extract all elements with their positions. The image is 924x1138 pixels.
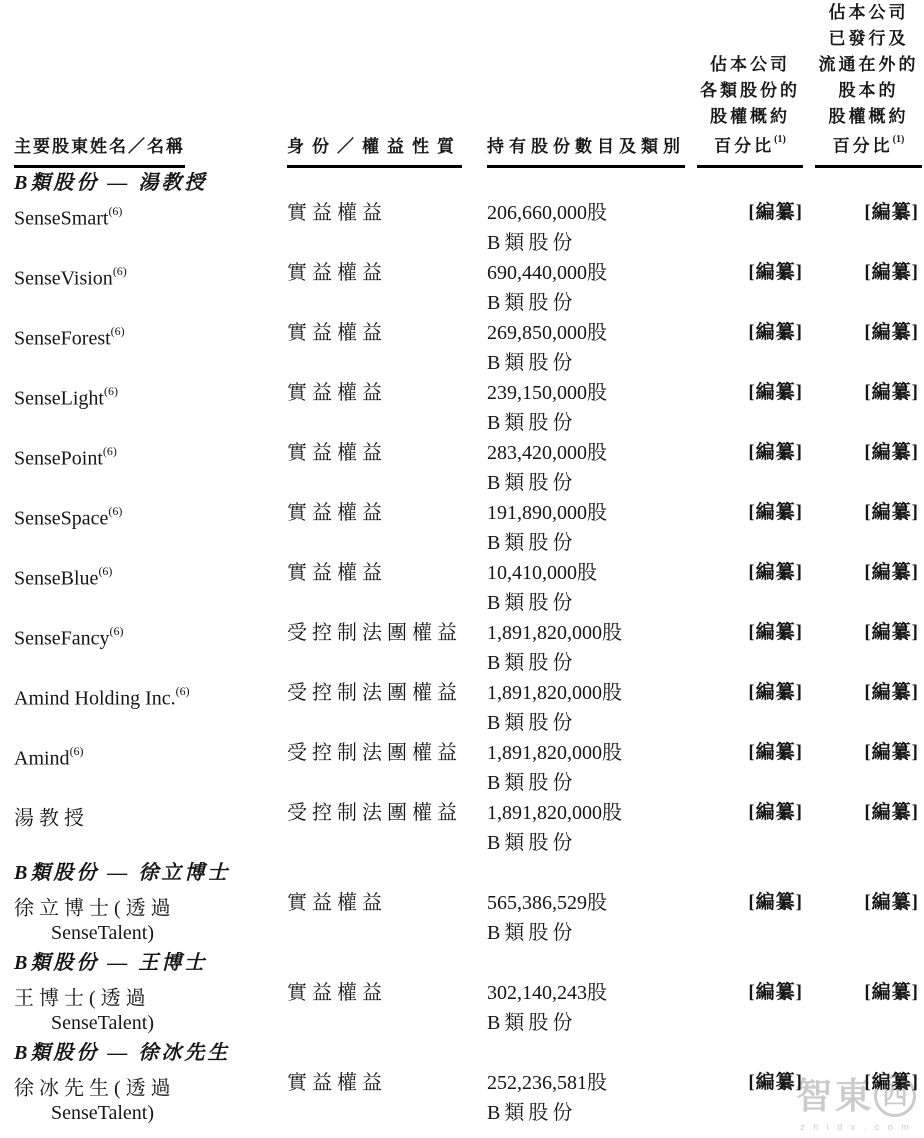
- pct-class-cell: [編纂]: [697, 198, 803, 258]
- footnote-ref: (6): [176, 684, 190, 698]
- redacted-pct-class: [編纂]: [697, 378, 803, 408]
- pct-total-cell: [編纂]: [803, 498, 922, 558]
- pct-class-cell: [編纂]: [697, 558, 803, 618]
- pct-class-cell: [編纂]: [697, 888, 803, 948]
- shares-cell: 1,891,820,000股 B類股份: [487, 738, 697, 798]
- header-line: 佔本公司: [697, 52, 803, 78]
- header-line: 股權概約: [697, 104, 803, 130]
- identity-cell: 實益權益: [287, 318, 487, 378]
- header-line: 流通在外的: [815, 52, 922, 78]
- shareholder-name-line2: SenseTalent): [14, 1008, 287, 1038]
- identity-text: 實益權益: [287, 198, 487, 228]
- shareholder-name: SenseFancy: [14, 628, 110, 650]
- redacted-pct-class: [編纂]: [697, 498, 803, 528]
- header-line: 股本的: [815, 78, 922, 104]
- footnote-ref: (6): [108, 504, 122, 518]
- col-header-pct-total-cell: 佔本公司 已發行及 流通在外的 股本的 股權概約 百分比(1): [803, 0, 922, 168]
- share-class: B類股份: [487, 828, 697, 858]
- pct-total-cell: [編纂]: [803, 318, 922, 378]
- footnote-ref: (1): [774, 134, 786, 145]
- shareholder-name-line: SenseForest(6): [14, 318, 287, 348]
- redacted-pct-total: [編纂]: [803, 318, 922, 348]
- shareholder-name-cell: SenseSpace(6): [14, 498, 287, 558]
- shareholder-name-cell: Amind Holding Inc.(6): [14, 678, 287, 738]
- shareholder-name-cell: SensePoint(6): [14, 438, 287, 498]
- redacted-pct-total: [編纂]: [803, 978, 922, 1008]
- redacted-pct-total: [編纂]: [803, 678, 922, 708]
- col-header-shares-cell: 持有股份數目及類別: [487, 134, 697, 168]
- identity-cell: 受控制法團權益: [287, 798, 487, 858]
- share-class: B類股份: [487, 768, 697, 798]
- table-row: SensePoint(6) 實益權益 283,420,000股 B類股份 [編纂…: [14, 438, 922, 498]
- section-label: B類股份 — 徐冰先生: [14, 1042, 230, 1064]
- col-header-identity-cell: 身份／權益性質: [287, 134, 487, 168]
- table-row: SenseBlue(6) 實益權益 10,410,000股 B類股份 [編纂] …: [14, 558, 922, 618]
- share-class: B類股份: [487, 708, 697, 738]
- header-line: 已發行及: [815, 26, 922, 52]
- shareholder-name: 湯教授: [14, 808, 89, 830]
- redacted-pct-class: [編纂]: [697, 618, 803, 648]
- pct-class-cell: [編纂]: [697, 978, 803, 1038]
- shares-cell: 283,420,000股 B類股份: [487, 438, 697, 498]
- pct-total-cell: [編纂]: [803, 438, 922, 498]
- shares-count: 1,891,820,000股: [487, 738, 697, 768]
- header-line-text: 百分比: [833, 137, 893, 156]
- identity-text: 實益權益: [287, 978, 487, 1008]
- redacted-pct-class: [編纂]: [697, 978, 803, 1008]
- section-header: B類股份 — 湯教授: [14, 168, 922, 198]
- pct-class-cell: [編纂]: [697, 678, 803, 738]
- identity-text: 實益權益: [287, 1068, 487, 1098]
- redacted-pct-total: [編纂]: [803, 378, 922, 408]
- pct-class-cell: [編纂]: [697, 438, 803, 498]
- pct-class-cell: [編纂]: [697, 318, 803, 378]
- share-class: B類股份: [487, 408, 697, 438]
- section-header: B類股份 — 徐冰先生: [14, 1038, 922, 1068]
- pct-class-cell: [編纂]: [697, 498, 803, 558]
- identity-text: 實益權益: [287, 888, 487, 918]
- pct-total-cell: [編纂]: [803, 798, 922, 858]
- shares-cell: 191,890,000股 B類股份: [487, 498, 697, 558]
- shares-cell: 206,660,000股 B類股份: [487, 198, 697, 258]
- identity-cell: 實益權益: [287, 888, 487, 948]
- identity-cell: 實益權益: [287, 258, 487, 318]
- identity-cell: 實益權益: [287, 198, 487, 258]
- shareholder-name: 徐立博士(透過: [14, 898, 176, 920]
- shares-count: 239,150,000股: [487, 378, 697, 408]
- shares-count: 302,140,243股: [487, 978, 697, 1008]
- table-row: SenseLight(6) 實益權益 239,150,000股 B類股份 [編纂…: [14, 378, 922, 438]
- redacted-pct-total: [編纂]: [803, 618, 922, 648]
- pct-total-cell: [編纂]: [803, 888, 922, 948]
- shares-cell: 1,891,820,000股 B類股份: [487, 678, 697, 738]
- pct-total-cell: [編纂]: [803, 558, 922, 618]
- shareholder-name: SenseLight: [14, 388, 104, 410]
- shareholder-name: 徐冰先生(透過: [14, 1078, 176, 1100]
- identity-cell: 受控制法團權益: [287, 618, 487, 678]
- shares-count: 690,440,000股: [487, 258, 697, 288]
- share-class: B類股份: [487, 918, 697, 948]
- footnote-ref: (6): [98, 564, 112, 578]
- shareholder-name-cell: 徐冰先生(透過 SenseTalent): [14, 1068, 287, 1128]
- redacted-pct-total: [編纂]: [803, 498, 922, 528]
- table-row: SenseForest(6) 實益權益 269,850,000股 B類股份 [編…: [14, 318, 922, 378]
- pct-total-cell: [編纂]: [803, 378, 922, 438]
- redacted-pct-total: [編纂]: [803, 198, 922, 228]
- redacted-pct-class: [編纂]: [697, 798, 803, 828]
- shareholder-name-cell: SenseSmart(6): [14, 198, 287, 258]
- shareholder-name-line2: SenseTalent): [14, 1098, 287, 1128]
- pct-class-cell: [編纂]: [697, 618, 803, 678]
- shares-cell: 239,150,000股 B類股份: [487, 378, 697, 438]
- section-header: B類股份 — 王博士: [14, 948, 922, 978]
- col-header-pct-class-cell: 佔本公司 各類股份的 股權概約 百分比(1): [697, 52, 803, 168]
- shareholder-name: SenseSmart: [14, 208, 108, 230]
- redacted-pct-class: [編纂]: [697, 1068, 803, 1098]
- redacted-pct-class: [編纂]: [697, 678, 803, 708]
- shareholder-name-line: SenseBlue(6): [14, 558, 287, 588]
- shares-cell: 269,850,000股 B類股份: [487, 318, 697, 378]
- shareholder-name-line: SenseSpace(6): [14, 498, 287, 528]
- redacted-pct-class: [編纂]: [697, 558, 803, 588]
- redacted-pct-class: [編纂]: [697, 318, 803, 348]
- redacted-pct-total: [編纂]: [803, 438, 922, 468]
- table-row: 湯教授 受控制法團權益 1,891,820,000股 B類股份 [編纂] [編纂…: [14, 798, 922, 858]
- shareholder-name-cell: 徐立博士(透過 SenseTalent): [14, 888, 287, 948]
- table-body: B類股份 — 湯教授 SenseSmart(6) 實益權益 206,660,00…: [14, 168, 922, 1128]
- col-header-pct-class: 佔本公司 各類股份的 股權概約 百分比(1): [697, 52, 803, 168]
- identity-cell: 實益權益: [287, 978, 487, 1038]
- footnote-ref: (6): [70, 744, 84, 758]
- footnote-ref: (6): [113, 264, 127, 278]
- identity-cell: 受控制法團權益: [287, 738, 487, 798]
- identity-text: 實益權益: [287, 558, 487, 588]
- shareholder-name-cell: 王博士(透過 SenseTalent): [14, 978, 287, 1038]
- shareholder-name-cell: SenseVision(6): [14, 258, 287, 318]
- identity-cell: 受控制法團權益: [287, 678, 487, 738]
- shareholder-name-line: 徐立博士(透過: [14, 888, 287, 918]
- footnote-ref: (6): [104, 384, 118, 398]
- shares-count: 252,236,581股: [487, 1068, 697, 1098]
- shareholder-name-cell: Amind(6): [14, 738, 287, 798]
- shares-count: 283,420,000股: [487, 438, 697, 468]
- table-row: 王博士(透過 SenseTalent) 實益權益 302,140,243股 B類…: [14, 978, 922, 1038]
- shares-cell: 690,440,000股 B類股份: [487, 258, 697, 318]
- shareholder-name-line: Amind Holding Inc.(6): [14, 678, 287, 708]
- section-label: B類股份 — 徐立博士: [14, 862, 230, 884]
- pct-total-cell: [編纂]: [803, 618, 922, 678]
- col-header-identity: 身份／權益性質: [287, 134, 462, 168]
- identity-text: 受控制法團權益: [287, 618, 487, 648]
- shares-count: 191,890,000股: [487, 498, 697, 528]
- redacted-pct-total: [編纂]: [803, 558, 922, 588]
- col-header-shareholder: 主要股東姓名／名稱: [14, 134, 185, 168]
- shares-cell: 565,386,529股 B類股份: [487, 888, 697, 948]
- identity-text: 實益權益: [287, 378, 487, 408]
- table-row: SenseSpace(6) 實益權益 191,890,000股 B類股份 [編纂…: [14, 498, 922, 558]
- identity-text: 實益權益: [287, 318, 487, 348]
- shares-cell: 1,891,820,000股 B類股份: [487, 798, 697, 858]
- redacted-pct-class: [編纂]: [697, 258, 803, 288]
- pct-class-cell: [編纂]: [697, 378, 803, 438]
- redacted-pct-total: [編纂]: [803, 888, 922, 918]
- identity-cell: 實益權益: [287, 558, 487, 618]
- share-class: B類股份: [487, 288, 697, 318]
- table-row: SenseFancy(6) 受控制法團權益 1,891,820,000股 B類股…: [14, 618, 922, 678]
- pct-class-cell: [編纂]: [697, 1068, 803, 1128]
- share-class: B類股份: [487, 588, 697, 618]
- table-row: Amind Holding Inc.(6) 受控制法團權益 1,891,820,…: [14, 678, 922, 738]
- shareholder-name-line: 王博士(透過: [14, 978, 287, 1008]
- col-header-shares: 持有股份數目及類別: [487, 134, 685, 168]
- table-header: 主要股東姓名／名稱 身份／權益性質 持有股份數目及類別 佔本公司 各類股份的 股…: [14, 0, 922, 168]
- section-label: B類股份 — 湯教授: [14, 172, 207, 194]
- redacted-pct-class: [編纂]: [697, 198, 803, 228]
- share-class: B類股份: [487, 468, 697, 498]
- shares-count: 1,891,820,000股: [487, 678, 697, 708]
- shares-count: 1,891,820,000股: [487, 798, 697, 828]
- shareholder-name-cell: SenseFancy(6): [14, 618, 287, 678]
- shares-count: 206,660,000股: [487, 198, 697, 228]
- identity-text: 實益權益: [287, 258, 487, 288]
- shareholder-name-line: SensePoint(6): [14, 438, 287, 468]
- footnote-ref: (6): [103, 444, 117, 458]
- pct-total-cell: [編纂]: [803, 1068, 922, 1128]
- section-header: B類股份 — 徐立博士: [14, 858, 922, 888]
- shareholder-name-line: SenseFancy(6): [14, 618, 287, 648]
- shareholder-name: SensePoint: [14, 448, 103, 470]
- identity-text: 受控制法團權益: [287, 738, 487, 768]
- shareholder-name-line2: SenseTalent): [14, 918, 287, 948]
- header-line: 股權概約: [815, 104, 922, 130]
- table-row: 徐立博士(透過 SenseTalent) 實益權益 565,386,529股 B…: [14, 888, 922, 948]
- header-line: 各類股份的: [697, 78, 803, 104]
- prospectus-page: 主要股東姓名／名稱 身份／權益性質 持有股份數目及類別 佔本公司 各類股份的 股…: [0, 0, 924, 1138]
- share-class: B類股份: [487, 228, 697, 258]
- table-row: SenseSmart(6) 實益權益 206,660,000股 B類股份 [編纂…: [14, 198, 922, 258]
- footnote-ref: (6): [110, 624, 124, 638]
- pct-total-cell: [編纂]: [803, 978, 922, 1038]
- shareholder-name-line: 湯教授: [14, 798, 287, 828]
- shareholder-name-line: 徐冰先生(透過: [14, 1068, 287, 1098]
- pct-total-cell: [編纂]: [803, 738, 922, 798]
- footnote-ref: (6): [108, 204, 122, 218]
- shareholder-name: SenseForest: [14, 328, 111, 350]
- pct-total-cell: [編纂]: [803, 678, 922, 738]
- share-class: B類股份: [487, 528, 697, 558]
- shareholder-name-line: Amind(6): [14, 738, 287, 768]
- footnote-ref: (6): [111, 324, 125, 338]
- shareholder-name: SenseBlue: [14, 568, 98, 590]
- header-line: 百分比(1): [697, 130, 803, 160]
- identity-text: 實益權益: [287, 438, 487, 468]
- footnote-ref: (1): [893, 134, 905, 145]
- identity-cell: 實益權益: [287, 498, 487, 558]
- header-line: 佔本公司: [815, 0, 922, 26]
- pct-class-cell: [編纂]: [697, 798, 803, 858]
- redacted-pct-class: [編纂]: [697, 738, 803, 768]
- redacted-pct-total: [編纂]: [803, 258, 922, 288]
- shares-count: 565,386,529股: [487, 888, 697, 918]
- identity-text: 受控制法團權益: [287, 798, 487, 828]
- identity-text: 受控制法團權益: [287, 678, 487, 708]
- shareholder-name: SenseVision: [14, 268, 113, 290]
- shareholder-name-cell: SenseLight(6): [14, 378, 287, 438]
- redacted-pct-total: [編纂]: [803, 1068, 922, 1098]
- shares-count: 1,891,820,000股: [487, 618, 697, 648]
- shareholder-name-line: SenseSmart(6): [14, 198, 287, 228]
- table-row: Amind(6) 受控制法團權益 1,891,820,000股 B類股份 [編纂…: [14, 738, 922, 798]
- share-class: B類股份: [487, 1008, 697, 1038]
- shares-count: 10,410,000股: [487, 558, 697, 588]
- shareholder-name-cell: 湯教授: [14, 798, 287, 858]
- col-header-pct-total: 佔本公司 已發行及 流通在外的 股本的 股權概約 百分比(1): [815, 0, 922, 168]
- col-header-shareholder-cell: 主要股東姓名／名稱: [14, 134, 287, 168]
- shareholder-name-line: SenseLight(6): [14, 378, 287, 408]
- shares-cell: 10,410,000股 B類股份: [487, 558, 697, 618]
- redacted-pct-class: [編纂]: [697, 888, 803, 918]
- pct-class-cell: [編纂]: [697, 738, 803, 798]
- share-class: B類股份: [487, 648, 697, 678]
- identity-cell: 實益權益: [287, 1068, 487, 1128]
- shares-cell: 1,891,820,000股 B類股份: [487, 618, 697, 678]
- redacted-pct-class: [編纂]: [697, 438, 803, 468]
- identity-text: 實益權益: [287, 498, 487, 528]
- identity-cell: 實益權益: [287, 438, 487, 498]
- shareholder-name-cell: SenseForest(6): [14, 318, 287, 378]
- shares-count: 269,850,000股: [487, 318, 697, 348]
- identity-cell: 實益權益: [287, 378, 487, 438]
- header-line-text: 百分比: [714, 137, 774, 156]
- section-label: B類股份 — 王博士: [14, 952, 207, 974]
- shareholder-name: SenseSpace: [14, 508, 108, 530]
- header-line: 百分比(1): [815, 130, 922, 160]
- share-class: B類股份: [487, 1098, 697, 1128]
- shares-cell: 302,140,243股 B類股份: [487, 978, 697, 1038]
- shareholder-name-cell: SenseBlue(6): [14, 558, 287, 618]
- pct-class-cell: [編纂]: [697, 258, 803, 318]
- shareholder-name: Amind Holding Inc.: [14, 688, 176, 710]
- redacted-pct-total: [編纂]: [803, 798, 922, 828]
- redacted-pct-total: [編纂]: [803, 738, 922, 768]
- shareholder-name: 王博士(透過: [14, 988, 151, 1010]
- share-class: B類股份: [487, 348, 697, 378]
- pct-total-cell: [編纂]: [803, 198, 922, 258]
- table-row: SenseVision(6) 實益權益 690,440,000股 B類股份 [編…: [14, 258, 922, 318]
- shareholder-name: Amind: [14, 748, 70, 770]
- shareholder-name-line: SenseVision(6): [14, 258, 287, 288]
- pct-total-cell: [編纂]: [803, 258, 922, 318]
- table-row: 徐冰先生(透過 SenseTalent) 實益權益 252,236,581股 B…: [14, 1068, 922, 1128]
- shares-cell: 252,236,581股 B類股份: [487, 1068, 697, 1128]
